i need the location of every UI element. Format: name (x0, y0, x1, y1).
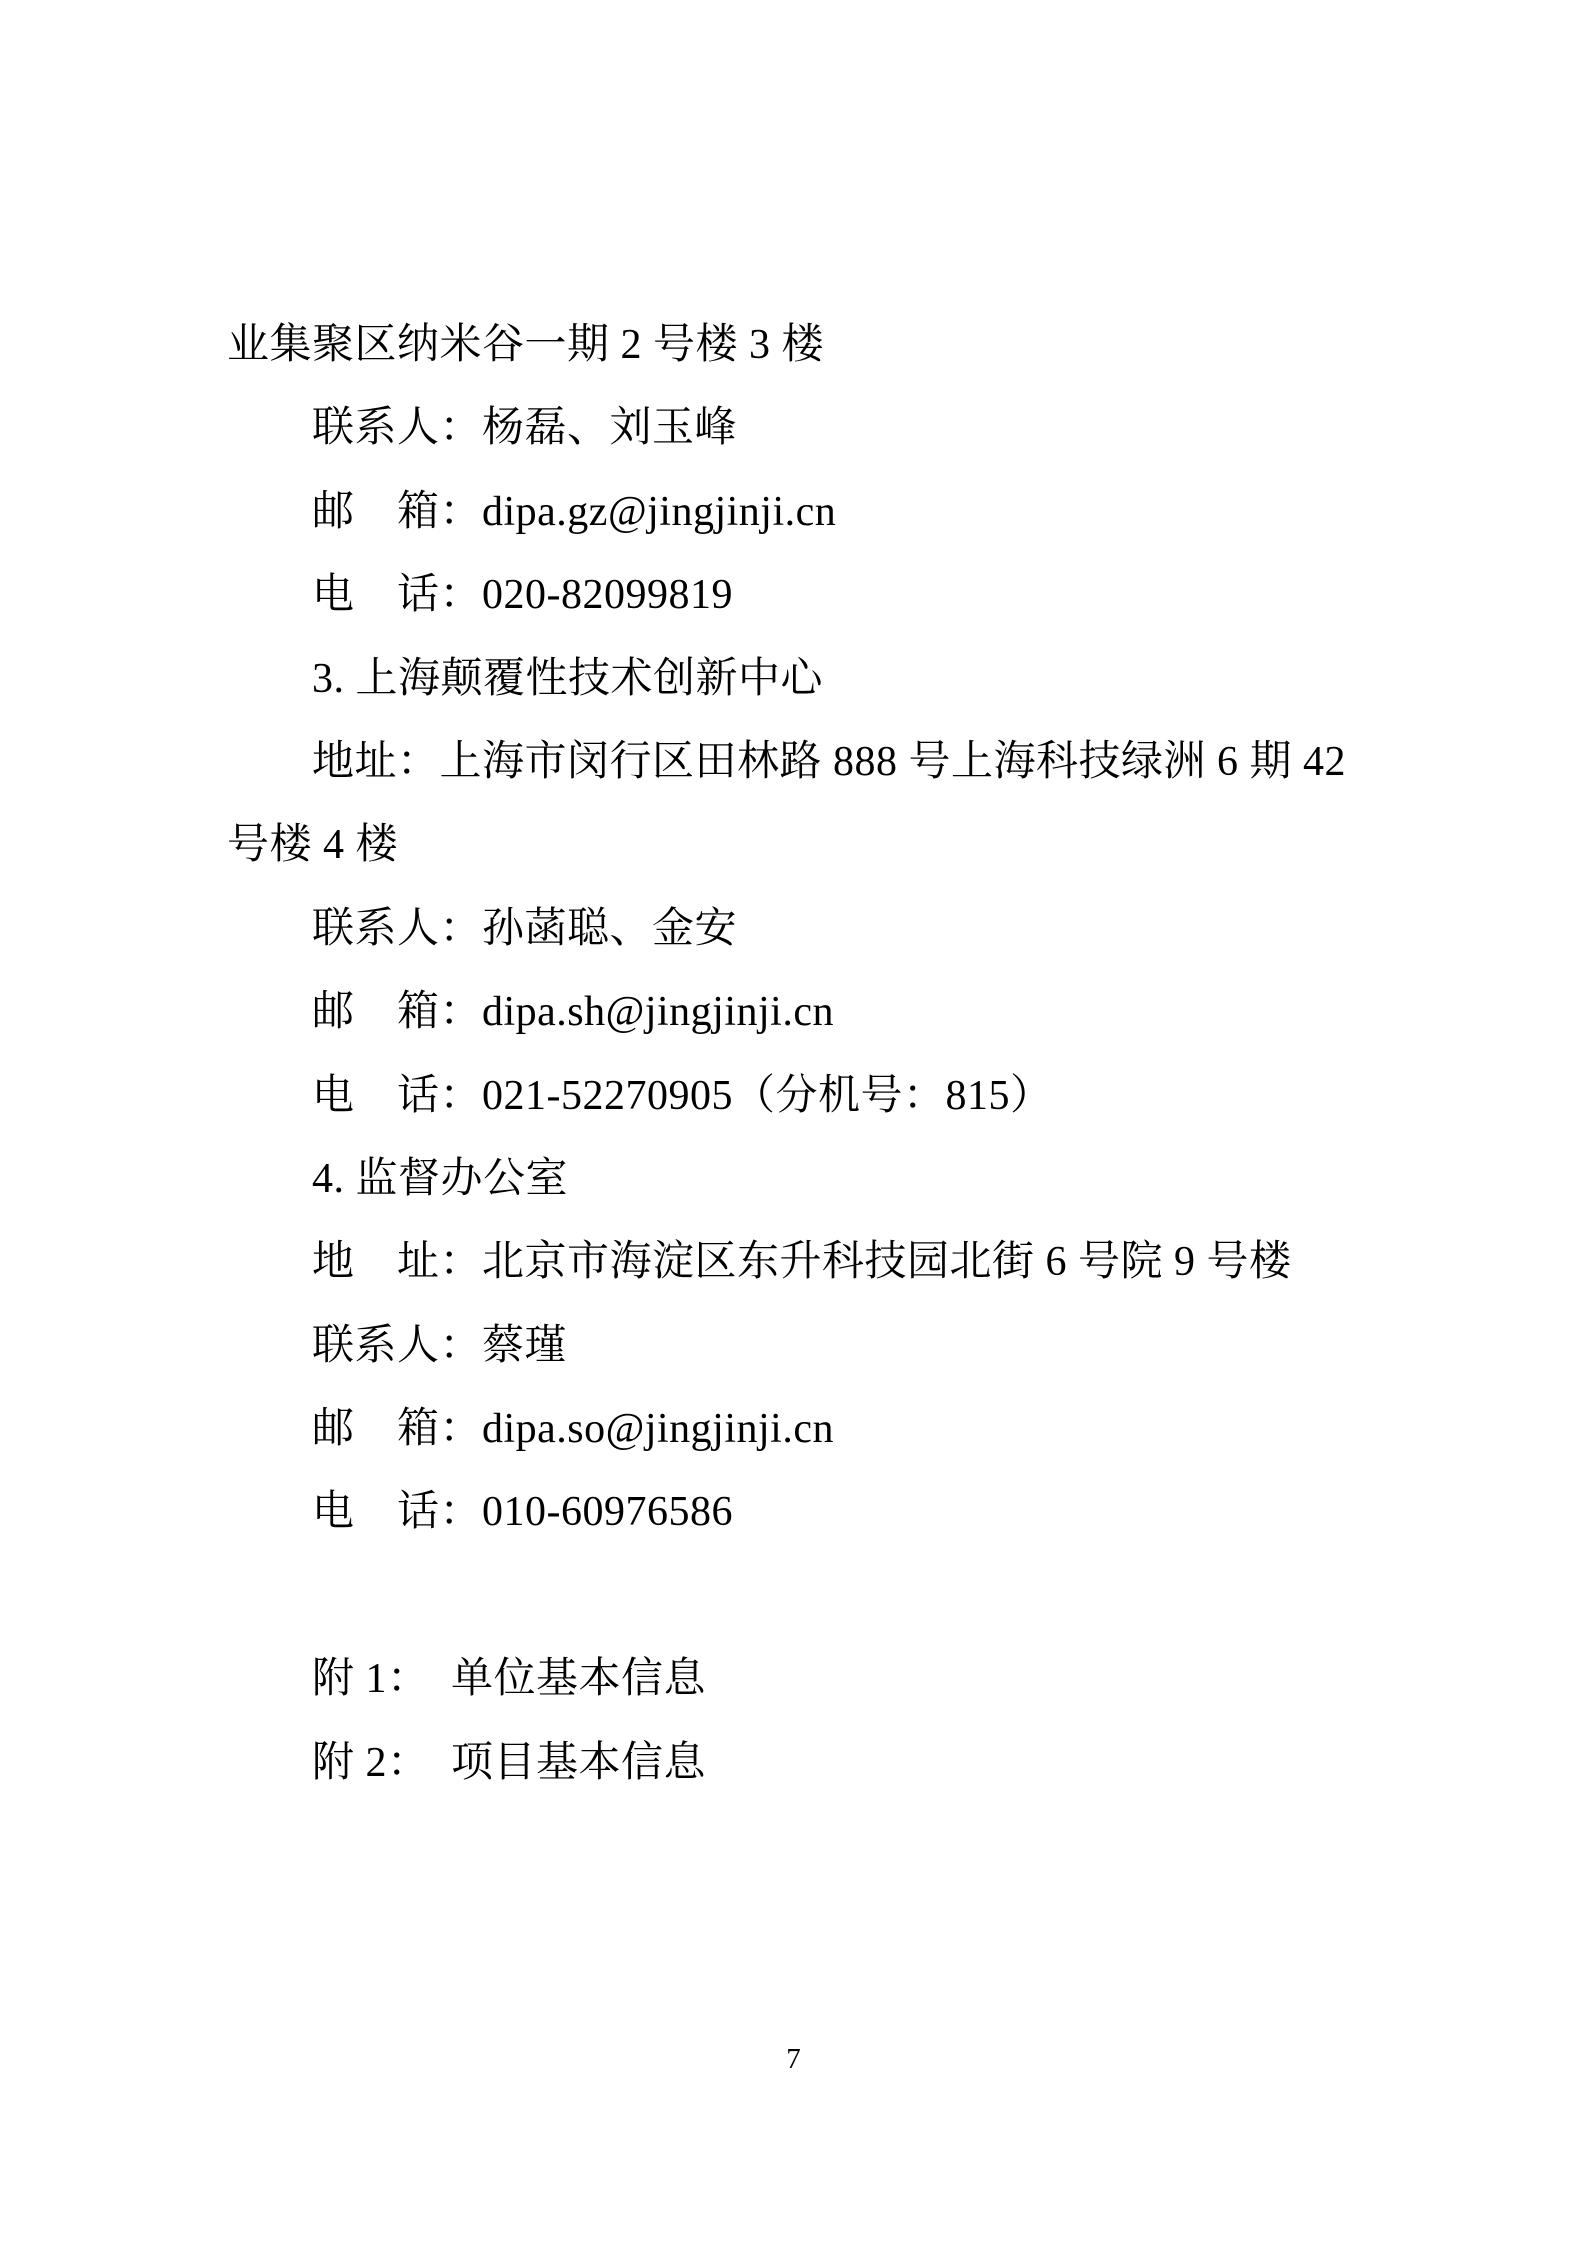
line-email-shanghai: 邮 箱：dipa.sh@jingjinji.cn (227, 971, 1487, 1054)
line-address-continuation-guangzhou: 业集聚区纳米谷一期 2 号楼 3 楼 (227, 304, 1487, 387)
line-address-shanghai: 地址：上海市闵行区田林路 888 号上海科技绿洲 6 期 42 (227, 721, 1487, 804)
document-page: 业集聚区纳米谷一期 2 号楼 3 楼 联系人：杨磊、刘玉峰 邮 箱：dipa.g… (0, 0, 1587, 2245)
line-email-guangzhou: 邮 箱：dipa.gz@jingjinji.cn (227, 471, 1487, 554)
line-attachment-1: 附 1： 单位基本信息 (227, 1638, 1487, 1721)
line-email-beijing: 邮 箱：dipa.so@jingjinji.cn (227, 1388, 1487, 1471)
line-phone-beijing: 电 话：010-60976586 (227, 1471, 1487, 1554)
blank-line (227, 1555, 1487, 1638)
line-contact-shanghai: 联系人：孙菡聪、金安 (227, 888, 1487, 971)
line-phone-shanghai: 电 话：021-52270905（分机号：815） (227, 1055, 1487, 1138)
line-address-continuation-shanghai: 号楼 4 楼 (227, 804, 1487, 887)
page-content: 业集聚区纳米谷一期 2 号楼 3 楼 联系人：杨磊、刘玉峰 邮 箱：dipa.g… (227, 304, 1487, 1805)
line-attachment-2: 附 2： 项目基本信息 (227, 1722, 1487, 1805)
line-address-beijing: 地 址：北京市海淀区东升科技园北街 6 号院 9 号楼 (227, 1221, 1487, 1304)
page-number: 7 (0, 2042, 1587, 2076)
line-contact-guangzhou: 联系人：杨磊、刘玉峰 (227, 387, 1487, 470)
heading-section-3-shanghai: 3. 上海颠覆性技术创新中心 (227, 638, 1487, 721)
heading-section-4-supervision-office: 4. 监督办公室 (227, 1138, 1487, 1221)
line-contact-beijing: 联系人：蔡瑾 (227, 1305, 1487, 1388)
line-phone-guangzhou: 电 话：020-82099819 (227, 554, 1487, 637)
